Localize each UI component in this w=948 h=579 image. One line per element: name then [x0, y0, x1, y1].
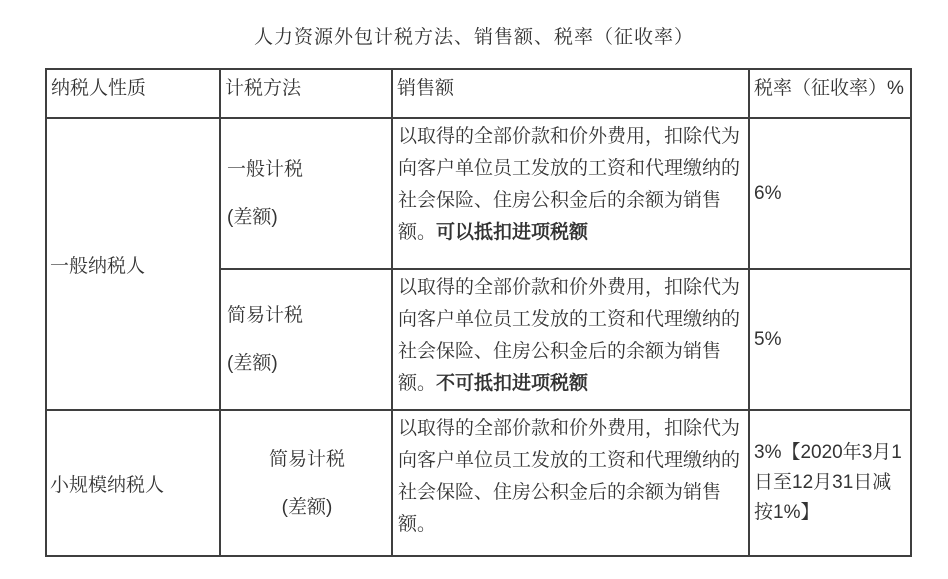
method-name: 简易计税	[227, 448, 387, 471]
header-sales-amount: 销售额	[392, 69, 749, 118]
page: 人力资源外包计税方法、销售额、税率（征收率） 纳税人性质 计税方法 销售额 税率…	[0, 0, 948, 579]
sales-text: 以取得的全部价款和价外费用，扣除代为向客户单位员工发放的工资和代理缴纳的社会保险…	[398, 418, 740, 535]
table-header-row: 纳税人性质 计税方法 销售额 税率（征收率）%	[46, 69, 911, 118]
method-note: (差额)	[227, 496, 387, 519]
cell-method-smallscale: 简易计税 (差额)	[220, 410, 392, 556]
cell-sales-smallscale: 以取得的全部价款和价外费用，扣除代为向客户单位员工发放的工资和代理缴纳的社会保险…	[392, 410, 749, 556]
cell-method-general: 一般计税 (差额)	[220, 118, 392, 269]
header-tax-method: 计税方法	[220, 69, 392, 118]
tax-method-table: 纳税人性质 计税方法 销售额 税率（征收率）% 一般纳税人 一般计税 (差额) …	[45, 68, 912, 557]
method-note: (差额)	[227, 352, 387, 375]
cell-sales-general: 以取得的全部价款和价外费用，扣除代为向客户单位员工发放的工资和代理缴纳的社会保险…	[392, 118, 749, 269]
header-taxpayer-type: 纳税人性质	[46, 69, 220, 118]
table-row-general-standard: 一般纳税人 一般计税 (差额) 以取得的全部价款和价外费用，扣除代为向客户单位员…	[46, 118, 911, 269]
header-tax-rate: 税率（征收率）%	[749, 69, 911, 118]
method-name: 一般计税	[227, 158, 387, 181]
method-note: (差额)	[227, 206, 387, 229]
sales-bold-nondeductible: 不可抵扣进项税额	[436, 373, 588, 394]
cell-rate-3: 3%【2020年3月1日至12月31日减按1%】	[749, 410, 911, 556]
cell-taxpayer-smallscale: 小规模纳税人	[46, 410, 220, 556]
sales-bold-deductible: 可以抵扣进项税额	[436, 222, 588, 243]
cell-method-simple: 简易计税 (差额)	[220, 269, 392, 410]
cell-rate-5: 5%	[749, 269, 911, 410]
method-name: 简易计税	[227, 304, 387, 327]
cell-rate-6: 6%	[749, 118, 911, 269]
cell-taxpayer-general: 一般纳税人	[46, 118, 220, 410]
cell-sales-simple: 以取得的全部价款和价外费用，扣除代为向客户单位员工发放的工资和代理缴纳的社会保险…	[392, 269, 749, 410]
table-row-smallscale-simple: 小规模纳税人 简易计税 (差额) 以取得的全部价款和价外费用，扣除代为向客户单位…	[46, 410, 911, 556]
page-title: 人力资源外包计税方法、销售额、税率（征收率）	[0, 22, 948, 49]
